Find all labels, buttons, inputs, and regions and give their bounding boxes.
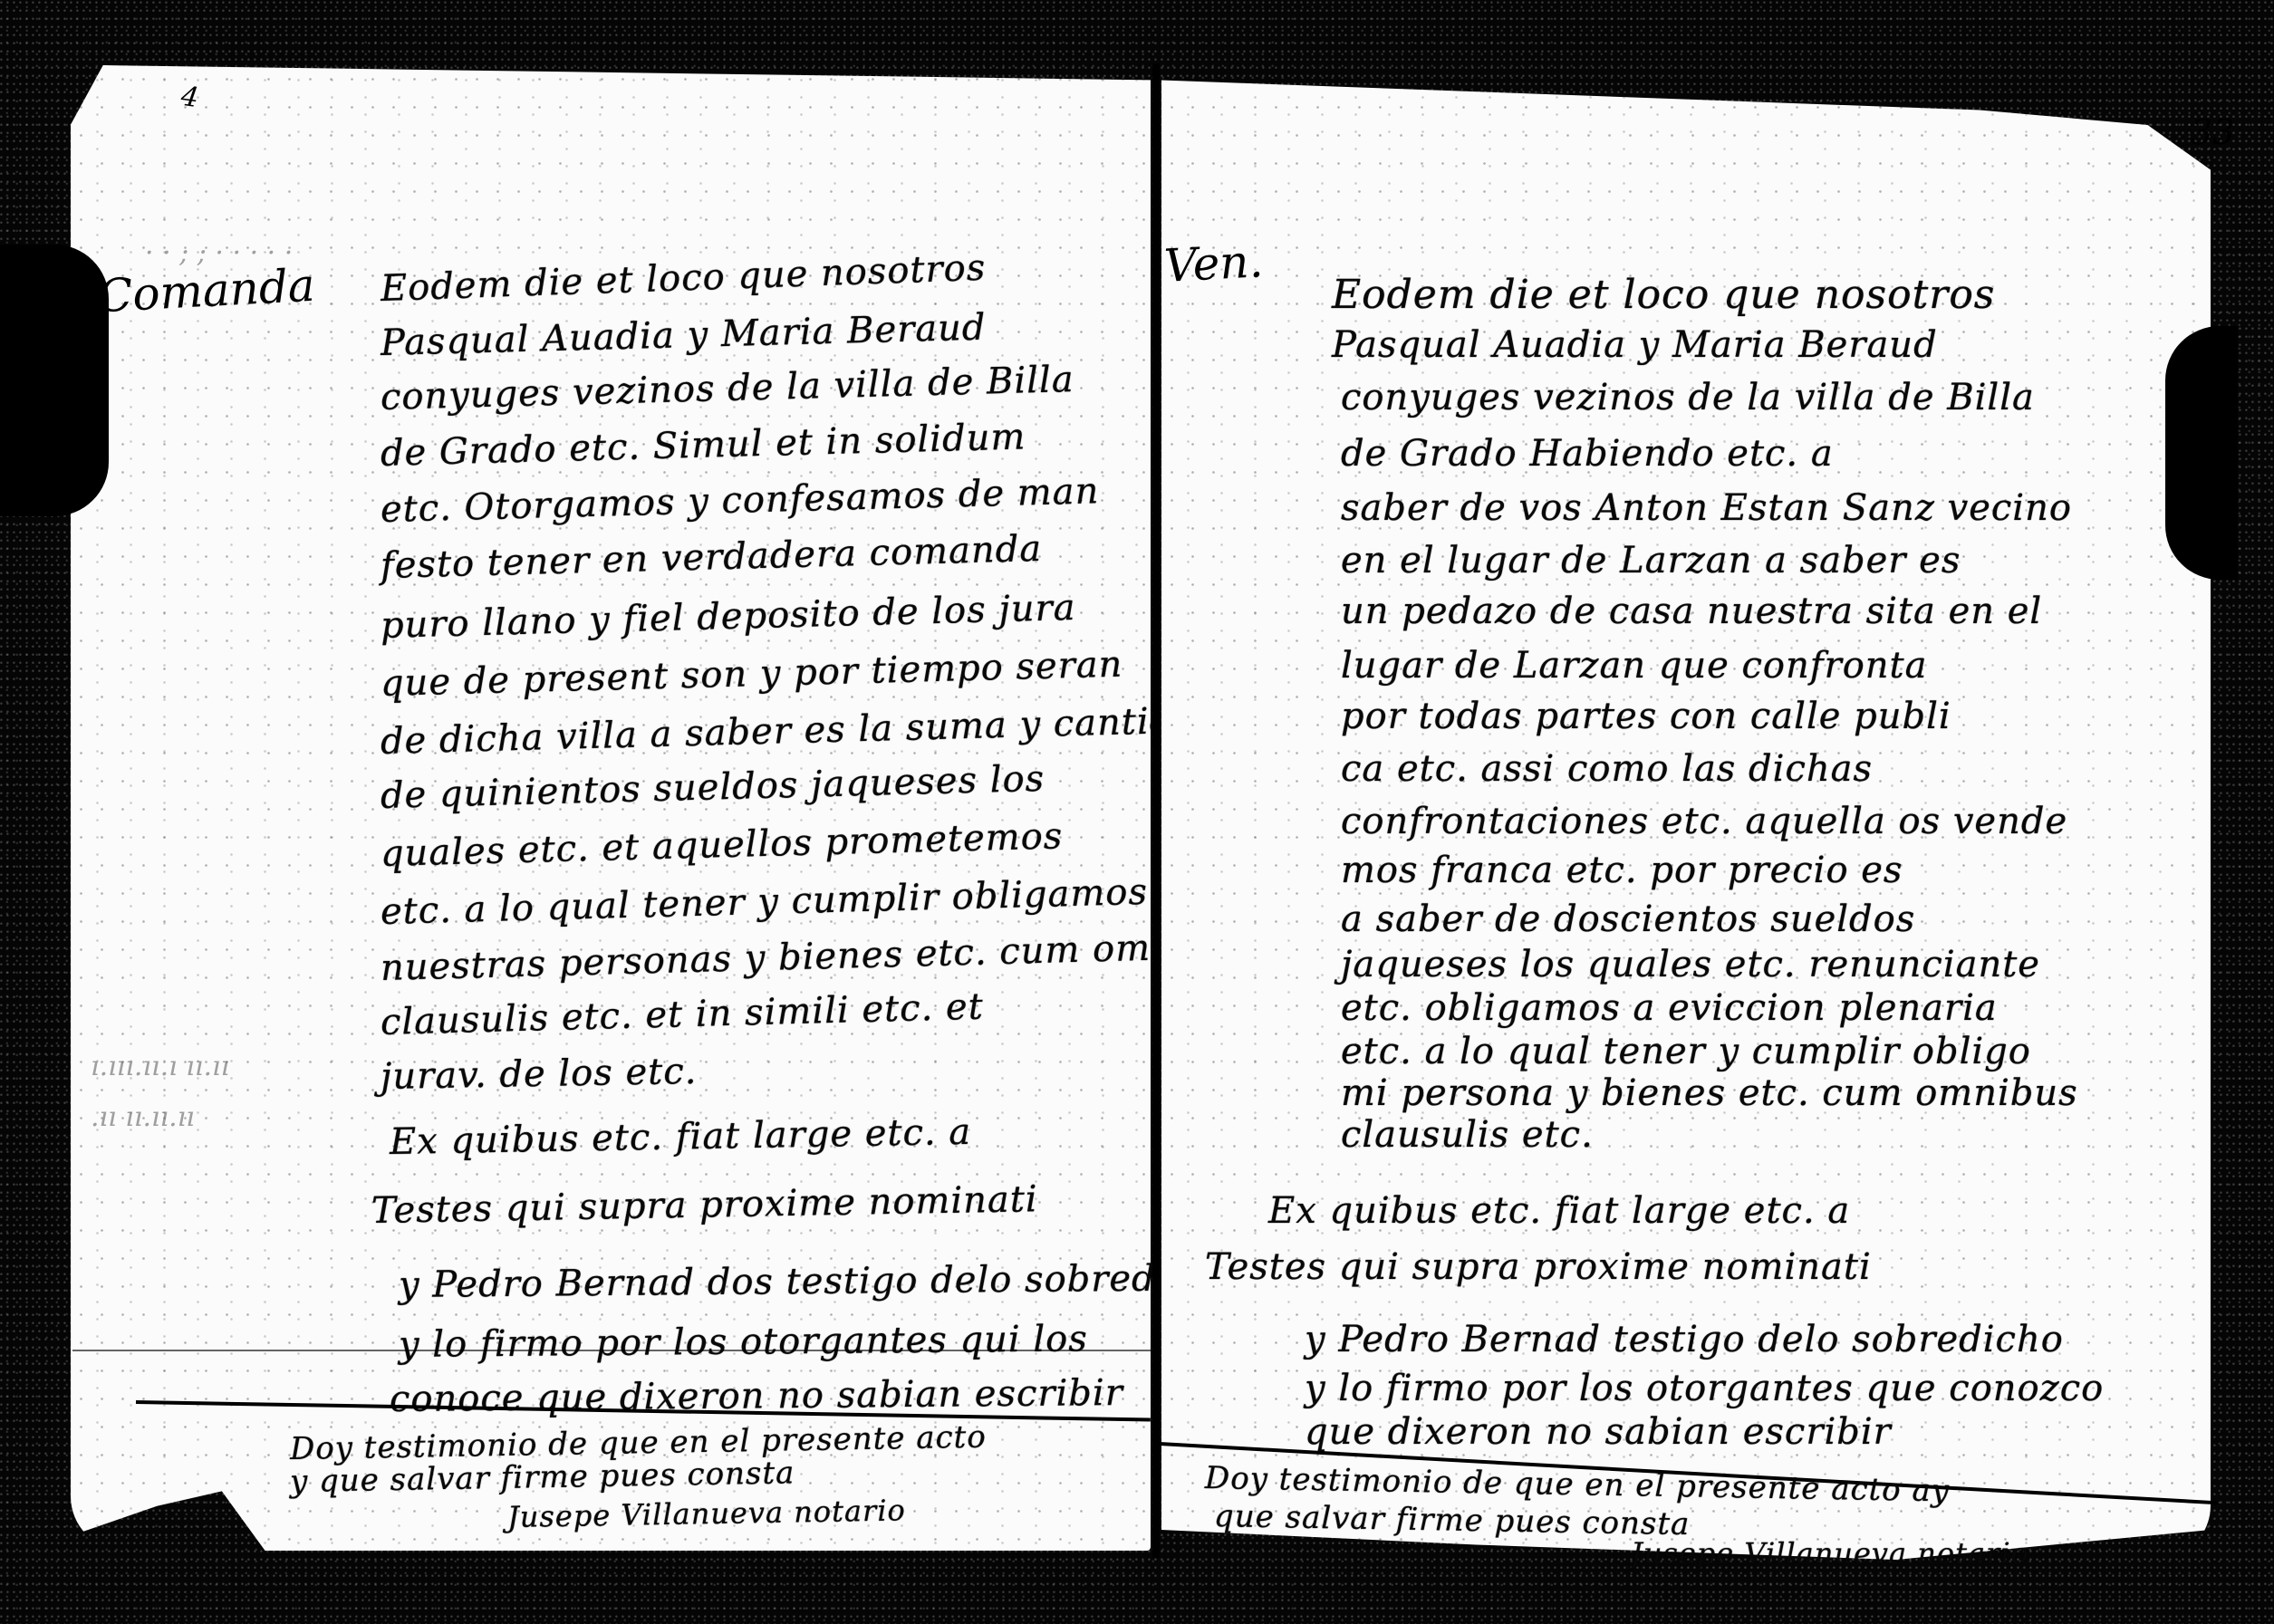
text-line: confrontaciones etc. aquella os vende <box>1341 801 2067 842</box>
text-line: en el lugar de Larzan a saber es <box>1341 540 1961 581</box>
text-line: saber de vos Anton Estan Sanz vecino <box>1341 487 2072 529</box>
text-line: Eodem die et loco que nosotros <box>1332 272 1995 318</box>
witness-line: y Pedro Bernad testigo delo sobredicho <box>1305 1319 2064 1360</box>
text-line: etc. obligamos a eviccion plenaria <box>1341 987 1998 1029</box>
text-line: mi persona y bienes etc. cum omnibus <box>1341 1072 2078 1114</box>
text-line: un pedazo de casa nuestra sita en el <box>1341 591 2042 632</box>
right-edge-shadow <box>2165 326 2238 580</box>
text-line: lugar de Larzan que confronta <box>1341 645 1927 687</box>
folio-number-right: 33 <box>2191 112 2234 152</box>
text-line: etc. a lo qual tener y cumplir obligo <box>1341 1031 2031 1072</box>
witness-line: y lo firmo por los otorgantes que conozc… <box>1305 1368 2104 1409</box>
text-line: a saber de doscientos sueldos <box>1341 898 1915 940</box>
left-edge-shadow <box>0 245 109 516</box>
text-line: jaqueses los quales etc. renunciante <box>1341 944 2040 985</box>
bleed-through-text: .ıı ıı.ıı.ıı <box>91 1101 195 1133</box>
text-line: conyuges vezinos de la villa de Billa <box>1341 377 2035 418</box>
witness-line: Testes qui supra proxime nominati <box>1205 1246 1872 1288</box>
attestation-line: Jusepe Villanueva notario <box>507 1493 906 1534</box>
text-line: mos franca etc. por precio es <box>1341 850 1903 891</box>
text-line: clausulis etc. <box>1341 1114 1594 1156</box>
bleed-through-text: ı.ııı.ıı.ı ıı.ıı <box>91 1051 229 1082</box>
text-line: por todas partes con calle publi <box>1341 696 1951 737</box>
attestation-line: Jusepe Villanueva notario <box>1631 1536 2029 1571</box>
witness-line: y lo firmo por los otorgantes qui los <box>399 1318 1088 1366</box>
ruled-line <box>72 1350 1151 1351</box>
text-line: de Grado Habiendo etc. a <box>1341 433 1834 475</box>
center-fold <box>1152 63 1160 1558</box>
bleed-through-text: · · ; ; · · · · · <box>145 237 293 269</box>
witness-line: Ex quibus etc. fiat large etc. a <box>1268 1190 1850 1232</box>
witness-line: y Pedro Bernad dos testigo delo sobredic… <box>399 1257 1237 1306</box>
text-line: ca etc. assi como las dichas <box>1341 748 1873 790</box>
witness-line: que dixeron no sabian escribir <box>1305 1411 1892 1453</box>
margin-heading-right: Ven. <box>1163 235 1265 293</box>
text-line: Pasqual Auadia y Maria Beraud <box>1332 324 1938 366</box>
text-line: jurav. de los etc. <box>381 1051 698 1098</box>
